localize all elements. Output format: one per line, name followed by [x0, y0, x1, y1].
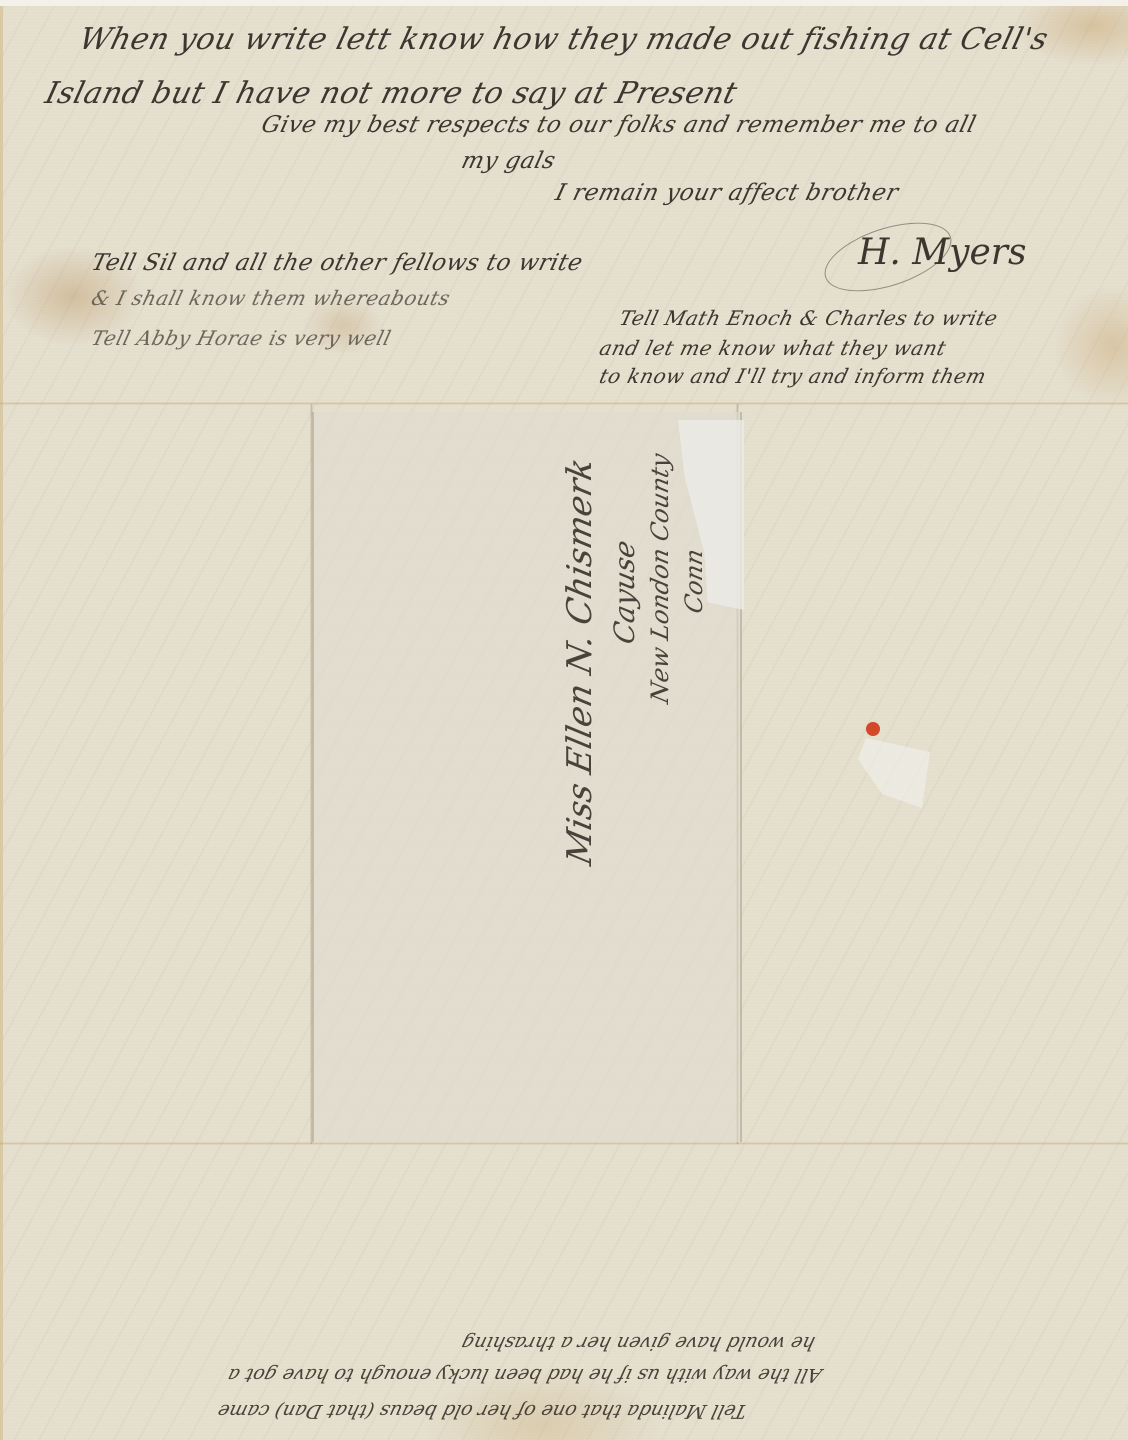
postscript-left-1: Tell Sil and all the other fellows to wr… [89, 250, 586, 276]
postscript-right-3: to know and I'll try and inform them [597, 364, 989, 388]
wax-seal-spot [866, 722, 880, 736]
upside-down-line-3: he would have given her a thrashing [459, 1332, 817, 1354]
postscript-right-1: Tell Math Enoch & Charles to write [617, 306, 1000, 330]
letter-line-3: Give my best respects to our folks and r… [259, 112, 979, 138]
fold-line-bottom [0, 1142, 1128, 1145]
address-line-1: Miss Ellen N. Chismerk [560, 455, 600, 869]
postscript-left-3: Tell Abby Horae is very well [89, 326, 394, 350]
address-line-2: Cayuse [608, 537, 641, 647]
letter-line-1: When you write lett know how they made o… [76, 22, 1052, 57]
upside-down-line-2: All the way with us if he had been lucky… [225, 1364, 824, 1386]
upside-down-line-1: Tell Malinda that one of her old beaus (… [215, 1400, 749, 1422]
address-line-3: New London County [646, 451, 674, 706]
address-line-4: Conn [680, 546, 708, 616]
letter-line-4: my gals [459, 148, 559, 174]
postscript-right-2: and let me know what they want [597, 336, 949, 360]
postscript-left-2: & I shall know them whereabouts [89, 286, 453, 310]
fold-line-top [0, 402, 1128, 405]
letter-line-2: Island but I have not more to say at Pre… [42, 76, 741, 111]
closing-line: I remain your affect brother [553, 180, 901, 206]
address-panel [312, 412, 742, 1142]
signature: H. Myers [858, 232, 1026, 273]
